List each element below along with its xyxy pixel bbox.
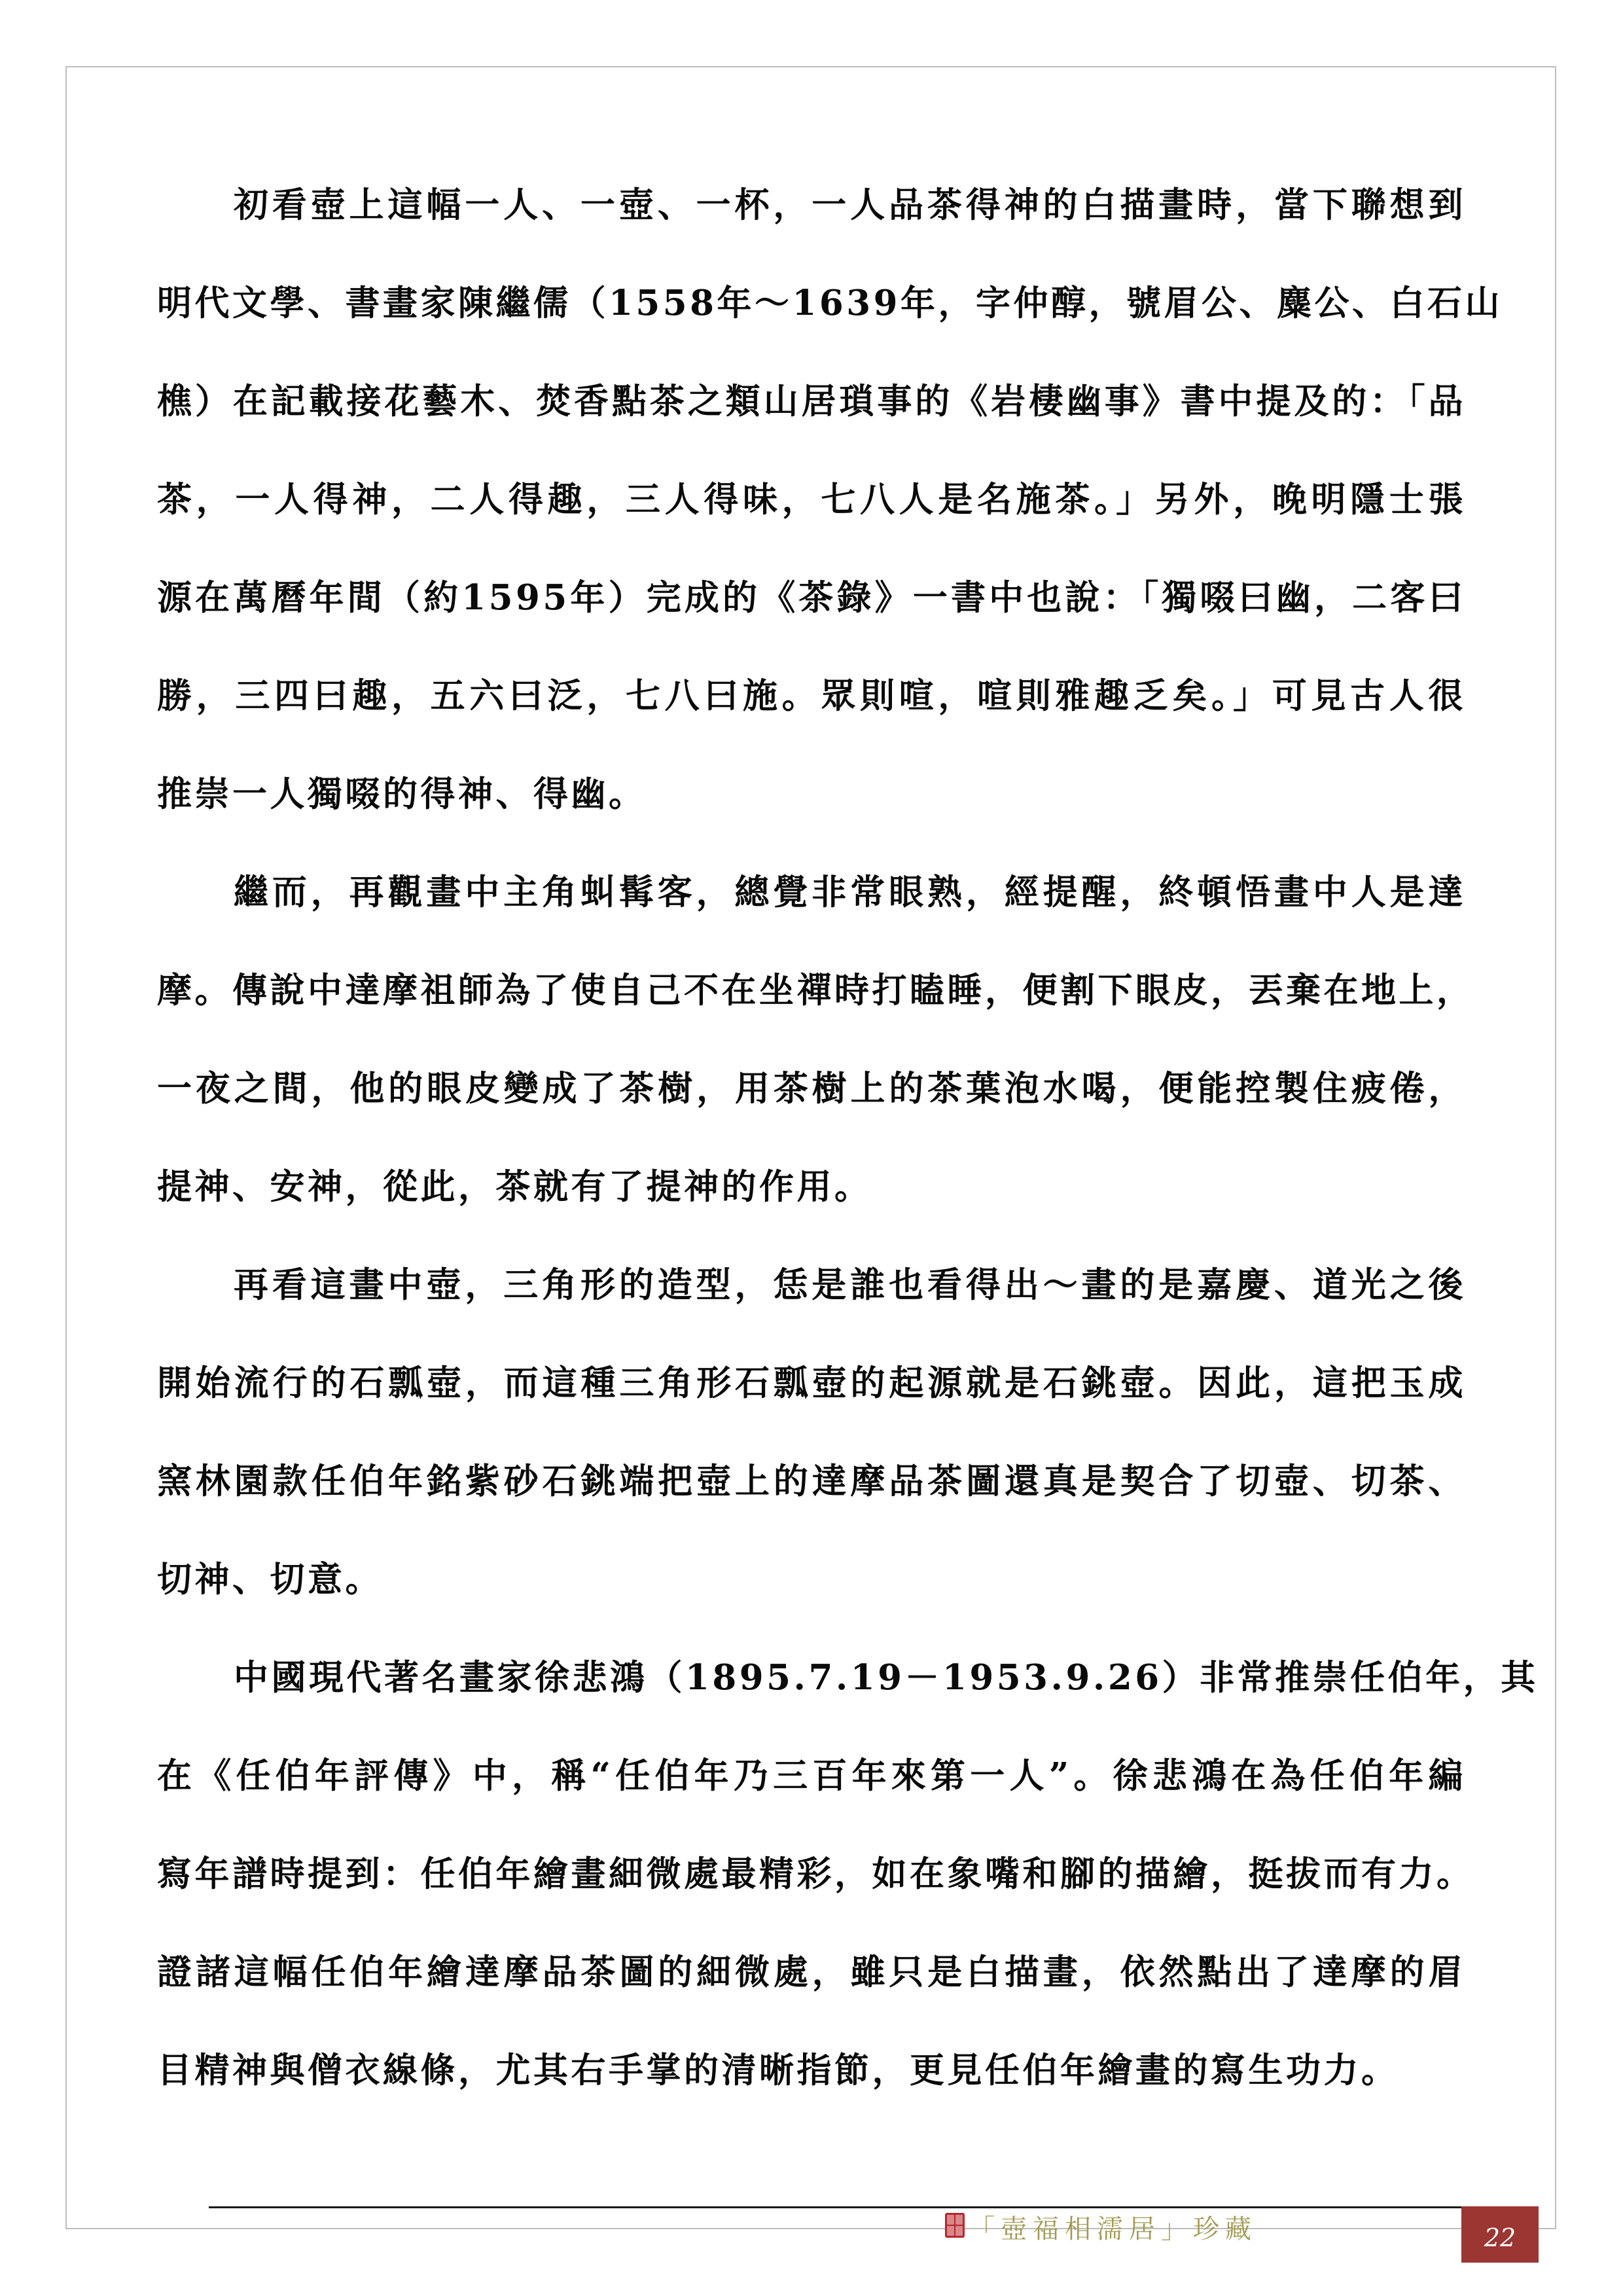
text-line: 摩。傳說中達摩祖師為了使自己不在坐禪時打瞌睡，便割下眼皮，丟棄在地上，: [157, 941, 1466, 1039]
seal-glyph: [947, 2215, 954, 2225]
footer-divider: [209, 2206, 1461, 2208]
footer-collection-label: 「壺福相濡居」珍藏: [969, 2210, 1257, 2249]
text-line: 在《任伯年評傳》中，稱“任伯年乃三百年來第一人”。徐悲鴻在為任伯年編: [157, 1727, 1466, 1825]
text-line: 一夜之間，他的眼皮變成了茶樹，用茶樹上的茶葉泡水喝，便能控製住疲倦，: [157, 1039, 1466, 1138]
paragraph-3: 再看這畫中壺，三角形的造型，恁是誰也看得出～畫的是嘉慶、道光之後 開始流行的石瓢…: [157, 1236, 1466, 1628]
seal-glyph: [955, 2226, 963, 2236]
paragraph-1: 初看壺上這幅一人、一壺、一杯，一人品茶得神的白描畫時，當下聯想到 明代文學、書畫…: [157, 156, 1466, 843]
text-line: 初看壺上這幅一人、一壺、一杯，一人品茶得神的白描畫時，當下聯想到: [157, 156, 1466, 254]
text-line: 茶，一人得神，二人得趣，三人得味，七八人是名施茶。」另外，晚明隱士張: [157, 450, 1466, 548]
article-body: 初看壺上這幅一人、一壺、一杯，一人品茶得神的白描畫時，當下聯想到 明代文學、書畫…: [157, 156, 1466, 2119]
text-line: 樵）在記載接花藝木、焚香點茶之類山居瑣事的《岩棲幽事》書中提及的：「品: [157, 352, 1466, 450]
text-line: 繼而，再觀畫中主角虯髯客，總覺非常眼熟，經提醒，終頓悟畫中人是達: [157, 843, 1466, 941]
seal-stamp-icon: [945, 2213, 965, 2238]
text-line: 證諸這幅任伯年繪達摩品茶圖的細微處，雖只是白描畫，依然點出了達摩的眉: [157, 1923, 1466, 2021]
text-line: 中國現代著名畫家徐悲鴻（1895.7.19－1953.9.26）非常推崇任伯年，…: [157, 1628, 1466, 1727]
text-line: 再看這畫中壺，三角形的造型，恁是誰也看得出～畫的是嘉慶、道光之後: [157, 1236, 1466, 1334]
paragraph-4: 中國現代著名畫家徐悲鴻（1895.7.19－1953.9.26）非常推崇任伯年，…: [157, 1628, 1466, 2119]
text-line: 切神、切意。: [157, 1530, 1466, 1628]
text-line: 推崇一人獨啜的得神、得幽。: [157, 745, 1466, 843]
seal-glyph: [955, 2215, 963, 2225]
text-line: 勝，三四曰趣，五六曰泛，七八曰施。眾則喧，喧則雅趣乏矣。」可見古人很: [157, 647, 1466, 745]
text-line: 窯林園款任伯年銘紫砂石銚端把壺上的達摩品茶圖還真是契合了切壺、切茶、: [157, 1432, 1466, 1530]
text-line: 開始流行的石瓢壺，而這種三角形石瓢壺的起源就是石銚壺。因此，這把玉成: [157, 1334, 1466, 1432]
text-line: 提神、安神，從此，茶就有了提神的作用。: [157, 1138, 1466, 1236]
seal-glyph: [947, 2226, 954, 2236]
text-line: 目精神與僧衣線條，尤其右手掌的清晰指節，更見任伯年繪畫的寫生功力。: [157, 2021, 1466, 2119]
text-line: 源在萬曆年間（約1595年）完成的《茶錄》一書中也說：「獨啜曰幽，二客曰: [157, 548, 1466, 647]
paragraph-2: 繼而，再觀畫中主角虯髯客，總覺非常眼熟，經提醒，終頓悟畫中人是達 摩。傳說中達摩…: [157, 843, 1466, 1236]
text-line: 寫年譜時提到：任伯年繪畫細微處最精彩，如在象嘴和腳的描繪，挺拔而有力。: [157, 1825, 1466, 1923]
page-number-badge: 22: [1461, 2206, 1539, 2263]
text-line: 明代文學、書畫家陳繼儒（1558年～1639年，字仲醇，號眉公、麋公、白石山: [157, 254, 1466, 352]
